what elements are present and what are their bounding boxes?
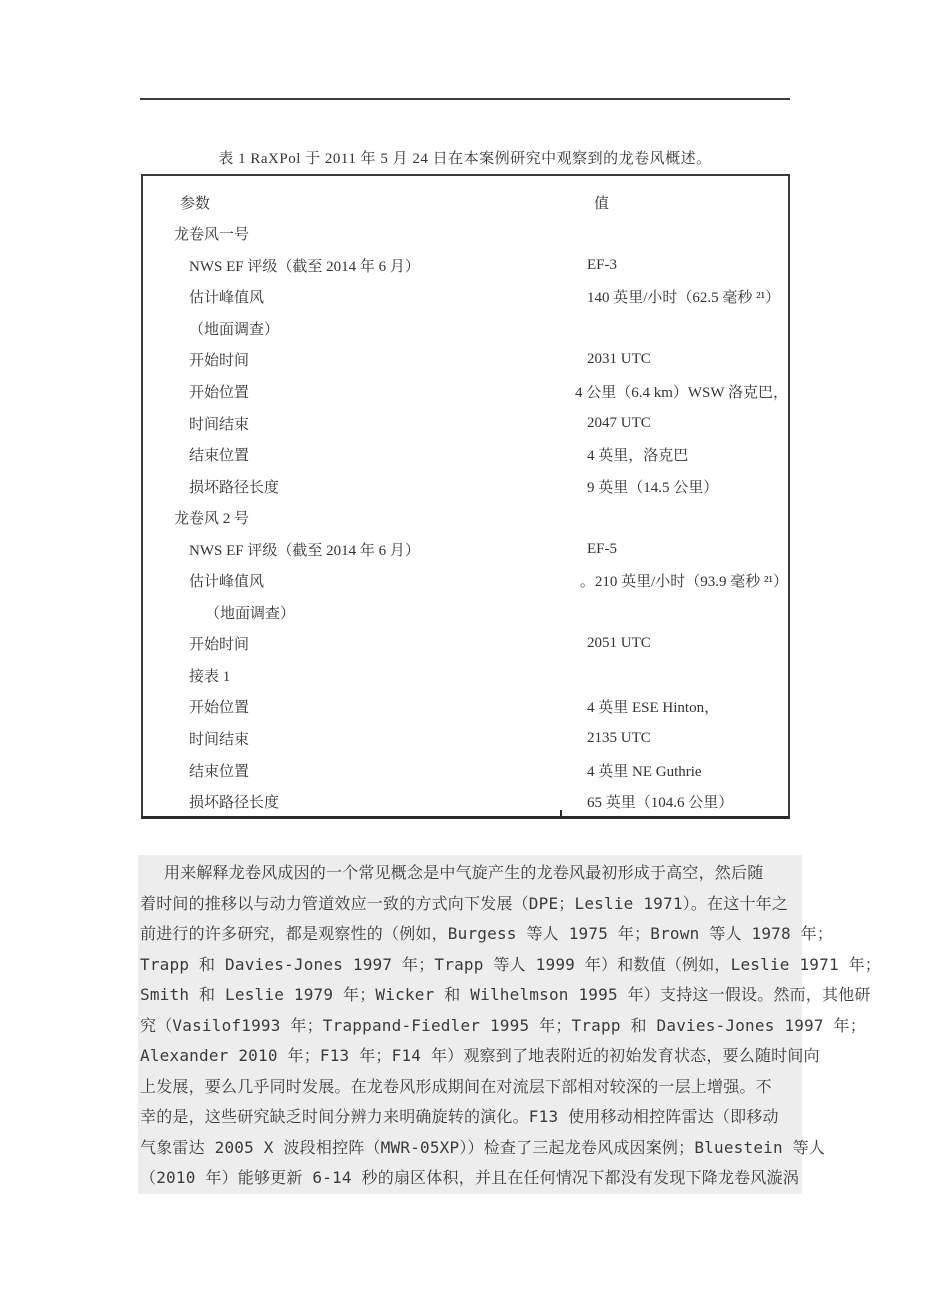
paragraph-line: （2010 年）能够更新 6-14 秒的扇区体积，并且在任何情况下都没有发现下降…	[140, 1163, 802, 1194]
value-cell: 2031 UTC	[587, 351, 788, 368]
table-caption: 表 1 RaXPol 于 2011 年 5 月 24 日在本案例研究中观察到的龙…	[140, 147, 790, 168]
table-bottom-divider-tick	[560, 810, 562, 819]
paragraph-line: Smith 和 Leslie 1979 年；Wicker 和 Wilhelmso…	[140, 980, 802, 1011]
value-cell: 4 英里 ESE Hinton，	[587, 696, 788, 717]
paragraph-line: Trapp 和 Davies-Jones 1997 年；Trapp 等人 199…	[140, 950, 802, 981]
value-cell: 。210 英里/小时（93.9 毫秒 ²¹）	[580, 570, 788, 591]
table-row: NWS EF 评级（截至 2014 年 6 月） EF-5	[143, 533, 788, 565]
value-cell: 4 公里（6.4 km）WSW 洛克巴，	[575, 381, 788, 402]
paragraph-line: 前进行的许多研究，都是观察性的（例如，Burgess 等人 1975 年；Bro…	[140, 919, 802, 950]
paragraph-line: 气象雷达 2005 X 波段相控阵（MWR-05XP））检查了三起龙卷风成因案例…	[140, 1133, 802, 1164]
table-row: NWS EF 评级（截至 2014 年 6 月） EF-3	[143, 250, 788, 282]
value-cell: 140 英里/小时（62.5 毫秒 ²¹）	[587, 286, 788, 307]
parameter-cell: 时间结束	[143, 728, 587, 749]
table-row: 开始时间 2051 UTC	[143, 628, 788, 660]
paragraph-line: 究（Vasilof1993 年；Trappand-Fiedler 1995 年；…	[140, 1011, 802, 1042]
table-row: 损坏路径长度 65 英里（104.6 公里）	[143, 786, 788, 818]
value-cell: EF-5	[587, 541, 788, 558]
parameter-cell: 结束位置	[143, 760, 587, 781]
parameter-cell: 龙卷风一号	[143, 223, 587, 244]
table-row: 时间结束 2135 UTC	[143, 723, 788, 755]
parameter-cell: 开始位置	[143, 696, 587, 717]
table-row: 龙卷风 2 号	[143, 502, 788, 534]
table-row: 损坏路径长度 9 英里（14.5 公里）	[143, 470, 788, 502]
value-cell: 4 英里，洛克巴	[587, 444, 788, 465]
parameter-cell: NWS EF 评级（截至 2014 年 6 月）	[143, 255, 587, 276]
parameter-cell: 时间结束	[143, 413, 587, 434]
parameter-cell: 开始时间	[143, 633, 587, 654]
parameter-cell: （地面调查）	[143, 602, 587, 623]
value-cell: EF-3	[587, 257, 788, 274]
table-row: 开始位置 4 公里（6.4 km）WSW 洛克巴，	[143, 376, 788, 408]
paragraph-line: 用来解释龙卷风成因的一个常见概念是中气旋产生的龙卷风最初形成于高空，然后随	[140, 858, 802, 889]
parameter-cell: 接表 1	[143, 665, 587, 686]
parameter-cell: 损坏路径长度	[143, 476, 587, 497]
parameter-cell: 开始位置	[143, 381, 575, 402]
table-row: 估计峰值风 。210 英里/小时（93.9 毫秒 ²¹）	[143, 565, 788, 597]
parameter-cell: （地面调查）	[143, 318, 587, 339]
parameter-cell: NWS EF 评级（截至 2014 年 6 月）	[143, 539, 587, 560]
table-row: 结束位置 4 英里 NE Guthrie	[143, 754, 788, 786]
table-body: 龙卷风一号 NWS EF 评级（截至 2014 年 6 月） EF-3 估计峰值…	[143, 218, 788, 817]
value-cell: 65 英里（104.6 公里）	[587, 791, 788, 812]
value-cell: 2051 UTC	[587, 635, 788, 652]
paragraph-line: Alexander 2010 年；F13 年；F14 年）观察到了地表附近的初始…	[140, 1041, 802, 1072]
value-cell: 2047 UTC	[587, 415, 788, 432]
parameter-cell: 结束位置	[143, 444, 587, 465]
table-row: 开始时间 2031 UTC	[143, 344, 788, 376]
table-row: 龙卷风一号	[143, 218, 788, 250]
tornado-summary-table: 参数 值 龙卷风一号 NWS EF 评级（截至 2014 年 6 月） EF-3…	[141, 174, 790, 819]
value-cell: 2135 UTC	[587, 730, 788, 747]
paragraph-line: 着时间的推移以与动力管道效应一致的方式向下发展（DPE；Leslie 1971）…	[140, 889, 802, 920]
paragraph-line: 上发展，要么几乎同时发展。在龙卷风形成期间在对流层下部相对较深的一层上增强。不	[140, 1072, 802, 1103]
parameter-cell: 损坏路径长度	[143, 791, 587, 812]
table-row: 估计峰值风 140 英里/小时（62.5 毫秒 ²¹）	[143, 281, 788, 313]
table-row: （地面调查）	[143, 597, 788, 629]
table-row: （地面调查）	[143, 313, 788, 345]
table-row: 时间结束 2047 UTC	[143, 407, 788, 439]
header-rule	[140, 98, 790, 100]
value-cell: 9 英里（14.5 公里）	[587, 476, 788, 497]
column-header-value: 值	[587, 192, 609, 213]
parameter-cell: 龙卷风 2 号	[143, 507, 587, 528]
table-row: 接表 1	[143, 660, 788, 692]
document-page: 表 1 RaXPol 于 2011 年 5 月 24 日在本案例研究中观察到的龙…	[0, 0, 926, 1309]
paragraph-line: 幸的是，这些研究缺乏时间分辨力来明确旋转的演化。F13 使用移动相控阵雷达（即移…	[140, 1102, 802, 1133]
parameter-cell: 开始时间	[143, 349, 587, 370]
column-header-parameter: 参数	[143, 192, 587, 213]
body-paragraph: 用来解释龙卷风成因的一个常见概念是中气旋产生的龙卷风最初形成于高空，然后随着时间…	[138, 855, 802, 1194]
parameter-cell: 估计峰值风	[143, 286, 587, 307]
table-header-row: 参数 值	[143, 186, 788, 218]
parameter-cell: 估计峰值风	[143, 570, 580, 591]
table-row: 开始位置 4 英里 ESE Hinton，	[143, 691, 788, 723]
value-cell: 4 英里 NE Guthrie	[587, 760, 788, 781]
table-row: 结束位置 4 英里，洛克巴	[143, 439, 788, 471]
